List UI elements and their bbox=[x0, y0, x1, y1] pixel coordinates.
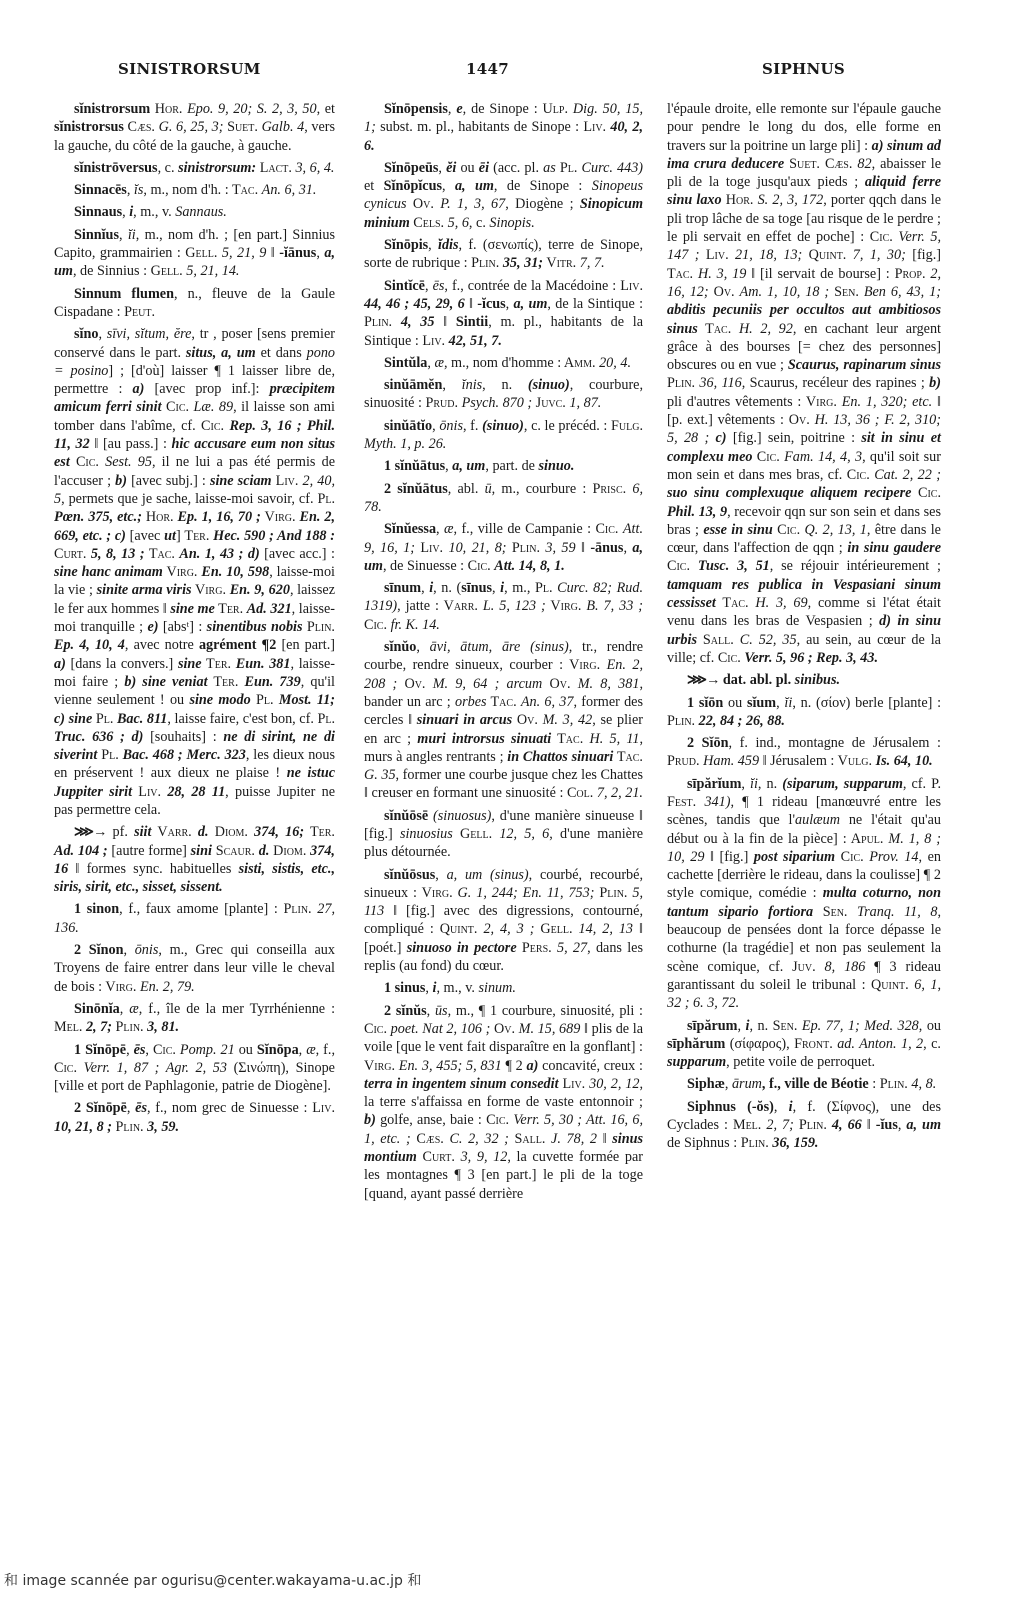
entry-text: ōnis bbox=[135, 942, 159, 958]
dictionary-entry: 2 Sĭōn, f. ind., montagne de Jérusalem :… bbox=[667, 734, 941, 771]
entry-text: Cic. bbox=[196, 418, 230, 434]
entry-text: sĭnŭōsus bbox=[384, 867, 435, 883]
entry-text: , bbox=[428, 237, 438, 253]
entry-text: H. 2, 92 bbox=[739, 321, 793, 337]
entry-text: sini bbox=[191, 843, 212, 859]
entry-text: ‖ bbox=[597, 1131, 612, 1147]
entry-text: Sinopis. bbox=[489, 215, 534, 231]
entry-text: Virg. bbox=[417, 885, 458, 901]
entry-text: ou bbox=[235, 1042, 257, 1058]
entry-text: [avec acc.] : bbox=[260, 546, 335, 562]
entry-text: de Siphnus : bbox=[667, 1135, 737, 1151]
arrow-icon: ⋙→ bbox=[687, 672, 719, 688]
entry-text: , f. ind., montagne de Jérusalem : bbox=[728, 735, 941, 751]
entry-text: (siparum, supparum bbox=[782, 776, 903, 792]
entry-text: 5, 21, 9 bbox=[222, 245, 266, 261]
entry-text: aulæum bbox=[795, 812, 840, 828]
entry-text: sinuari in arcus bbox=[417, 712, 512, 728]
dictionary-entry: 2 sĭnŭātus, abl. ū, m., courbure : Prisc… bbox=[364, 480, 643, 517]
entry-text: [avec prop inf.]: bbox=[144, 381, 269, 397]
entry-text: Cels. bbox=[410, 215, 448, 231]
entry-text: a, um bbox=[452, 458, 485, 474]
entry-text: 4, 8. bbox=[911, 1076, 936, 1092]
entry-text: Myth. 1, p. 26. bbox=[364, 436, 446, 452]
entry-text: agrément ¶2 bbox=[199, 637, 276, 653]
dictionary-entry: ⋙→ dat. abl. pl. sinibus. bbox=[667, 671, 941, 689]
dictionary-entry: Sĭnōpeūs, ĕi ou ēi (acc. pl. as Pl. Curc… bbox=[364, 159, 643, 232]
dictionary-entry: Sĭnōpensis, e, de Sinope : Ulp. Dig. 50,… bbox=[364, 100, 643, 155]
entry-text: Verr. 1, 87 ; Agr. 2, 53 bbox=[84, 1060, 227, 1076]
entry-text: M. 9, 64 ; arcum bbox=[433, 676, 543, 692]
entry-text: , m., bbox=[504, 580, 530, 596]
entry-text: a) bbox=[133, 381, 145, 397]
entry-text: Eun. 739 bbox=[245, 674, 301, 690]
entry-text: Virg. bbox=[163, 564, 202, 580]
entry-text: Tac. bbox=[698, 321, 739, 337]
entry-text: Plin. bbox=[737, 1135, 772, 1151]
entry-text: 20, 4. bbox=[599, 355, 631, 371]
dictionary-entry: sinŭāmĕn, ĭnis, n. (sinuo), courbure, si… bbox=[364, 376, 643, 413]
entry-text: sīnum bbox=[384, 580, 421, 596]
entry-text: sine me bbox=[170, 601, 215, 617]
dictionary-entry: Sinnacēs, ĭs, m., nom d'h. : Tac. An. 6,… bbox=[54, 181, 335, 199]
entry-text: Ter. bbox=[184, 528, 213, 544]
entry-text: 3, 59. bbox=[147, 1119, 179, 1135]
dictionary-entry: sīpărum, i, n. Sen. Ep. 77, 1; Med. 328,… bbox=[667, 1017, 941, 1072]
entry-text: Sintii bbox=[456, 314, 488, 330]
entry-text: Ter. bbox=[208, 674, 245, 690]
entry-text: 4, 66 bbox=[832, 1117, 862, 1133]
entry-text: ou bbox=[456, 160, 478, 176]
entry-text: Ov. bbox=[512, 712, 542, 728]
entry-text: , bbox=[435, 867, 446, 883]
entry-text: (sinuo) bbox=[528, 377, 570, 393]
entry-text: , bbox=[127, 182, 134, 198]
entry-text: , f. bbox=[463, 418, 482, 434]
entry-text: Suet. bbox=[223, 119, 261, 135]
entry-text: Ad. 321 bbox=[247, 601, 292, 617]
entry-text: B. 7, 33 ; bbox=[586, 598, 643, 614]
entry-text: Ov. bbox=[542, 676, 577, 692]
entry-text: Ter. bbox=[202, 656, 236, 672]
entry-text: dat. abl. pl. bbox=[719, 672, 794, 688]
entry-text: Hor. bbox=[150, 101, 187, 117]
entry-text: P. 1, 3, 67 bbox=[440, 196, 505, 212]
entry-text: ĭnis bbox=[462, 377, 483, 393]
entry-text: , de Sinope : bbox=[494, 178, 592, 194]
entry-text: sinuosius bbox=[400, 826, 453, 842]
entry-text: Phil. 13, 9 bbox=[667, 504, 727, 520]
entry-text: Verr. 5, 96 ; Rep. 3, 43. bbox=[744, 650, 878, 666]
entry-text: Pœn. 375, etc.; bbox=[54, 509, 142, 525]
entry-text: Pl. bbox=[251, 692, 279, 708]
entry-text: Ep. 77, 1; Med. 328 bbox=[802, 1018, 919, 1034]
entry-text: ēs bbox=[134, 1042, 146, 1058]
entry-text: Sen. bbox=[829, 284, 864, 300]
entry-text: Pl. bbox=[314, 491, 336, 507]
entry-text: sinum. bbox=[479, 980, 516, 996]
entry-text: muri introrsus sinuati bbox=[417, 731, 551, 747]
entry-text: C. 52, 35 bbox=[740, 632, 797, 648]
entry-text: sinentibus nobis bbox=[207, 619, 303, 635]
entry-text: Liv. bbox=[559, 1076, 590, 1092]
entry-text: Plin. bbox=[364, 314, 401, 330]
entry-text: [fig.] bbox=[906, 247, 941, 263]
entry-text: in sinu gaudere bbox=[847, 540, 941, 556]
entry-text: , laisse faire, c'est bon, cf. bbox=[167, 711, 313, 727]
entry-text: , avec notre bbox=[125, 637, 199, 653]
entry-text: sinibus. bbox=[795, 672, 840, 688]
entry-text: 2 sĭnŭātus bbox=[384, 481, 448, 497]
entry-text: Prud. bbox=[667, 753, 703, 769]
entry-text: pli d'autres vêtements : bbox=[667, 394, 801, 410]
entry-text: Ben 6, 43, 1; bbox=[864, 284, 941, 300]
entry-text: Quint. bbox=[866, 977, 915, 993]
entry-text: Col. bbox=[563, 785, 596, 801]
entry-text: Hor. bbox=[722, 192, 758, 208]
entry-text: āvi, ātum, āre (sinus) bbox=[430, 639, 569, 655]
entry-text: et dans bbox=[256, 345, 307, 361]
entry-text: 14, 2, 13 bbox=[579, 921, 634, 937]
entry-text: , bbox=[127, 1100, 135, 1116]
entry-text: , m., v. bbox=[436, 980, 478, 996]
entry-text: , f., faux amome [plante] : bbox=[119, 901, 278, 917]
entry-text: Am. 1, 10, 18 ; bbox=[740, 284, 830, 300]
entry-text: Pl. bbox=[314, 711, 335, 727]
entry-text: Tranq. 11, 8 bbox=[857, 904, 937, 920]
dictionary-entry: sĭnŭōsus, a, um (sinus), courbé, recourb… bbox=[364, 866, 643, 976]
entry-text: [avec bbox=[126, 528, 164, 544]
entry-text: 341) bbox=[704, 794, 730, 810]
entry-text: 22, 84 ; 26, 88. bbox=[699, 713, 785, 729]
entry-text: ārum bbox=[732, 1076, 762, 1092]
entry-text: Gell. bbox=[453, 826, 500, 842]
entry-text: Cat. 2, 22 ; bbox=[874, 467, 941, 483]
entry-text: , c. bbox=[923, 1036, 941, 1052]
entry-text: , n. bbox=[482, 377, 528, 393]
entry-text: sīphărum bbox=[667, 1036, 725, 1052]
entry-text: 3, 9, 12 bbox=[461, 1149, 508, 1165]
entry-text: [dans la convers.] bbox=[66, 656, 178, 672]
entry-text: , Scaurus, recéleur des rapines ; bbox=[742, 375, 929, 391]
entry-text: , bbox=[492, 580, 500, 596]
entry-text: Plin. bbox=[112, 1119, 147, 1135]
entry-text: Gell. bbox=[181, 245, 222, 261]
entry-text: sine bbox=[178, 656, 202, 672]
entry-text: , f., ville de Campanie : bbox=[453, 521, 591, 537]
entry-text: , de Sinnius : bbox=[73, 263, 147, 279]
entry-text: Mel. bbox=[728, 1117, 766, 1133]
entry-text: 36, 116 bbox=[699, 375, 741, 391]
entry-text: ou bbox=[723, 695, 747, 711]
entry-text: 35, 31; bbox=[503, 255, 543, 271]
entry-text: Peut. bbox=[121, 304, 155, 320]
entry-text: b) bbox=[929, 375, 941, 391]
entry-text: Diom. bbox=[269, 843, 310, 859]
entry-text: Plin. bbox=[278, 901, 317, 917]
entry-text: as bbox=[543, 160, 556, 176]
entry-text: ad. Anton. 1, 2 bbox=[837, 1036, 923, 1052]
dictionary-entry: sinŭātĭo, ōnis, f. (sinuo), c. le précéd… bbox=[364, 417, 643, 454]
entry-text: sĭnistrorsus bbox=[54, 119, 124, 135]
entry-text: 4, 35 bbox=[401, 314, 435, 330]
entry-text: Sinnum flumen bbox=[74, 286, 174, 302]
entry-text: , part. de bbox=[485, 458, 538, 474]
entry-text: En. 9, 620 bbox=[230, 582, 290, 598]
entry-text: , jatte : bbox=[397, 598, 439, 614]
entry-text: ĭi bbox=[128, 227, 136, 243]
entry-text: 3, 6, 4. bbox=[295, 160, 334, 176]
entry-text: Cic. bbox=[911, 485, 941, 501]
entry-text: siit bbox=[134, 824, 151, 840]
entry-text: Cic. bbox=[864, 229, 898, 245]
entry-text: , n. (σίον) berle [plante] : bbox=[792, 695, 941, 711]
entry-text: -ĭus bbox=[876, 1117, 898, 1133]
entry-text: Ter. bbox=[215, 601, 247, 617]
entry-text: , m., v. bbox=[133, 204, 175, 220]
entry-text: sinuo. bbox=[539, 458, 575, 474]
entry-text: sīvi, sĭtum, ĕre bbox=[107, 326, 192, 342]
entry-text: sine sciam bbox=[210, 473, 272, 489]
entry-text: poet. Nat 2, 106 ; bbox=[391, 1021, 491, 1037]
entry-text: 2 sĭnŭs bbox=[384, 1003, 427, 1019]
entry-text: 2, 7; bbox=[766, 1117, 793, 1133]
entry-text: S. 2, 3, 172 bbox=[758, 192, 824, 208]
scan-credit: 和 image scannée par ogurisu@center.wakay… bbox=[4, 1570, 421, 1590]
entry-text: Cæs. bbox=[411, 1131, 450, 1147]
entry-text: 7, 1, 30; bbox=[853, 247, 906, 263]
entry-text: , bbox=[120, 1001, 130, 1017]
entry-text: Front. bbox=[790, 1036, 838, 1052]
entry-text: Amm. bbox=[561, 355, 599, 371]
entry-text: , m., courbure : bbox=[492, 481, 587, 497]
entry-text: concavité, creux : bbox=[538, 1058, 643, 1074]
entry-text: Ov. bbox=[784, 412, 815, 428]
entry-text: æ bbox=[129, 1001, 138, 1017]
entry-text: , f., nom grec de Sinuesse : bbox=[147, 1100, 308, 1116]
entry-text: Plin. bbox=[794, 1117, 832, 1133]
entry-text: Cic. bbox=[714, 650, 744, 666]
entry-text: ĭi bbox=[750, 776, 758, 792]
entry-text: Cic. bbox=[482, 1112, 514, 1128]
entry-text: Prop. bbox=[890, 266, 931, 282]
entry-text: , permets que je sache, laisse-moi savoi… bbox=[61, 491, 313, 507]
entry-text: Liv. bbox=[579, 119, 610, 135]
entry-text: sĭum bbox=[747, 695, 776, 711]
entry-text: , bbox=[725, 1076, 732, 1092]
entry-text: Virg. bbox=[364, 1058, 399, 1074]
entry-text: , bbox=[421, 580, 429, 596]
entry-text: Pomp. 21 bbox=[180, 1042, 235, 1058]
entry-text: a) bbox=[54, 656, 66, 672]
entry-text: Sannaus. bbox=[175, 204, 227, 220]
entry-text: 374, 16; bbox=[254, 824, 304, 840]
entry-text: , bbox=[442, 178, 455, 194]
entry-text: ōnis bbox=[439, 418, 463, 434]
entry-text: Cic. bbox=[752, 449, 784, 465]
dictionary-entry: Sinōnĭa, æ, f., île de la mer Tyrrhénien… bbox=[54, 1000, 335, 1037]
entry-text: et bbox=[364, 178, 384, 194]
entry-text: , c. bbox=[469, 215, 490, 231]
entry-text: e) bbox=[148, 619, 159, 635]
entry-text: Sĭnōpis bbox=[384, 237, 428, 253]
entry-text: Læ. 89 bbox=[194, 399, 234, 415]
entry-text: , bbox=[737, 1018, 745, 1034]
entry-text: pf. bbox=[106, 824, 134, 840]
entry-text: ¶ 2 bbox=[502, 1058, 527, 1074]
entry-text: sinistrorsum: bbox=[178, 160, 256, 176]
entry-text: a, um (sinus) bbox=[447, 867, 529, 883]
entry-text: Sintŭla bbox=[384, 355, 427, 371]
entry-text: Plin. bbox=[876, 1076, 911, 1092]
entry-text: Sinōnĭa bbox=[74, 1001, 120, 1017]
entry-text: 7, 7. bbox=[580, 255, 605, 271]
entry-text: Sintĭcē bbox=[384, 278, 425, 294]
entry-text: M. 8, 381 bbox=[578, 676, 640, 692]
entry-text: 1 sinon bbox=[74, 901, 119, 917]
entry-text: sīpărum bbox=[687, 1018, 737, 1034]
entry-text: Sĭnōpa bbox=[257, 1042, 299, 1058]
entry-text: sinŭāmĕn bbox=[384, 377, 442, 393]
entry-text: , bbox=[416, 639, 429, 655]
entry-text: sīpărĭum bbox=[687, 776, 741, 792]
entry-text: Scaur. bbox=[212, 843, 259, 859]
entry-text: terra in ingentem sinum consedit bbox=[364, 1076, 559, 1092]
dictionary-entry: sīnum, i, n. (sīnus, i, m., Pl. Curc. 82… bbox=[364, 579, 643, 634]
entry-text: 28, 28 11 bbox=[167, 784, 225, 800]
entry-text: ‖ bbox=[862, 1117, 876, 1133]
dictionary-entry: 1 sinon, f., faux amome [plante] : Plin.… bbox=[54, 900, 335, 937]
entry-text: , bbox=[741, 776, 750, 792]
entry-text: Curt. bbox=[417, 1149, 461, 1165]
entry-text: G. 1, 244; En. 11, 753; bbox=[458, 885, 595, 901]
dictionary-entry: Sinnĭus, ĭi, m., nom d'h. ; [en part.] S… bbox=[54, 226, 335, 281]
entry-text: Bac. 811 bbox=[117, 711, 167, 727]
entry-text: Sall. bbox=[509, 1131, 551, 1147]
entry-text: H. 3, 69 bbox=[755, 595, 807, 611]
entry-text: An. 1, 43 ; d) bbox=[179, 546, 259, 562]
column-right: l'épaule droite, elle remonte sur l'épau… bbox=[667, 100, 941, 1157]
entry-text: Scaurus, rapinarum sinus bbox=[788, 357, 941, 373]
entry-text: , c. le précéd. : bbox=[524, 418, 608, 434]
entry-text: sinŭātĭo bbox=[384, 418, 432, 434]
entry-text: M. 3, 42 bbox=[543, 712, 593, 728]
entry-text: , c. bbox=[158, 160, 179, 176]
running-head-first-word: SINISTRORSUM bbox=[118, 60, 261, 78]
entry-text: sine modo bbox=[189, 692, 250, 708]
entry-text: , bbox=[123, 942, 134, 958]
entry-text: c) bbox=[716, 430, 727, 446]
entry-text: Sĭnōpeūs bbox=[384, 160, 438, 176]
dictionary-page: SINISTRORSUM 1447 SIPHNUS sĭnistrorsum H… bbox=[0, 0, 1024, 1600]
arrow-icon: ⋙→ bbox=[74, 824, 106, 840]
entry-text: sĭnŭo bbox=[384, 639, 416, 655]
dictionary-entry: sĭnŭōsē (sinuosus), d'une manière sinueu… bbox=[364, 807, 643, 862]
entry-text: 36, 159. bbox=[772, 1135, 818, 1151]
entry-text: ‖ bbox=[266, 245, 279, 261]
entry-text: , n. bbox=[749, 1018, 768, 1034]
entry-text: , n. ( bbox=[433, 580, 461, 596]
entry-text: d. bbox=[198, 824, 209, 840]
entry-text: Sinnaus bbox=[74, 204, 122, 220]
entry-text: Ov. bbox=[397, 676, 432, 692]
entry-text: sĭnŭōsē bbox=[384, 808, 428, 824]
entry-text: (sinuosus) bbox=[433, 808, 491, 824]
entry-text: Virg. bbox=[546, 598, 587, 614]
entry-text: Ep. 4, 10, 4 bbox=[54, 637, 125, 653]
entry-text: , f., ville de Béotie bbox=[762, 1076, 869, 1092]
entry-text: , bbox=[425, 278, 433, 294]
entry-text: Liv. bbox=[307, 1100, 335, 1116]
entry-text: 5, 27 bbox=[557, 940, 587, 956]
dictionary-entry: Sinnaus, i, m., v. Sannaus. bbox=[54, 203, 335, 221]
entry-text: golfe, anse, baie : bbox=[376, 1112, 482, 1128]
entry-text: ūs bbox=[435, 1003, 448, 1019]
entry-text: Q. 2, 13, 1 bbox=[804, 522, 866, 538]
entry-text: [autre forme] bbox=[108, 843, 191, 859]
entry-text: 10, 21, 8; bbox=[448, 540, 506, 556]
entry-text: Tac. bbox=[145, 546, 180, 562]
entry-text: M. 15, 689 bbox=[519, 1021, 581, 1037]
entry-text: En. 2, 79. bbox=[140, 979, 195, 995]
entry-text: 30, 2, 12 bbox=[589, 1076, 639, 1092]
column-middle: Sĭnōpensis, e, de Sinope : Ulp. Dig. 50,… bbox=[364, 100, 643, 1207]
entry-text: ēs bbox=[135, 1100, 147, 1116]
entry-text: An. 6, 31. bbox=[262, 182, 317, 198]
dictionary-entry: sĭnŭo, āvi, ātum, āre (sinus), tr., rend… bbox=[364, 638, 643, 803]
entry-text: 2 Sĭnon bbox=[74, 942, 123, 958]
entry-text: Tac. bbox=[551, 731, 589, 747]
entry-text: [fig.] sein, poitrine : bbox=[727, 430, 862, 446]
entry-text: supparum bbox=[667, 1054, 726, 1070]
entry-text: Quint. bbox=[802, 247, 853, 263]
entry-text: Sall. bbox=[697, 632, 740, 648]
entry-text: , bbox=[126, 1042, 134, 1058]
entry-text: situs, a, um bbox=[186, 345, 256, 361]
entry-text: ‖ [il servait de bourse] : bbox=[746, 266, 889, 282]
entry-text: (acc. pl. bbox=[489, 160, 543, 176]
entry-text: Cic. bbox=[835, 849, 869, 865]
entry-text: Virg. bbox=[102, 979, 140, 995]
entry-text: 1 sĭōn bbox=[687, 695, 723, 711]
entry-text: ‖ bbox=[576, 540, 591, 556]
entry-text: , bbox=[506, 296, 514, 312]
entry-text: subst. m. pl., habitants de Sinope : bbox=[376, 119, 579, 135]
entry-text: (σίφαρος), bbox=[725, 1036, 789, 1052]
entry-text: Virg. bbox=[261, 509, 300, 525]
entry-text: [en part.] bbox=[276, 637, 335, 653]
entry-text: Cic. bbox=[667, 558, 698, 574]
entry-text: ēs bbox=[433, 278, 445, 294]
running-head-last-word: SIPHNUS bbox=[762, 60, 845, 78]
entry-text: Ham. 459 bbox=[703, 753, 759, 769]
entry-text: æ bbox=[434, 355, 443, 371]
entry-text: Liv. bbox=[699, 247, 735, 263]
entry-text: Curc. 443) bbox=[582, 160, 644, 176]
entry-text: Sen. bbox=[813, 904, 857, 920]
entry-text: Truc. 636 ; d) bbox=[54, 729, 143, 745]
entry-text: Tac. bbox=[487, 694, 521, 710]
entry-text: Cic. bbox=[149, 1042, 180, 1058]
entry-text: Liv. bbox=[616, 278, 643, 294]
entry-text: , m., nom d'h. : bbox=[143, 182, 228, 198]
entry-text: , bbox=[427, 1003, 435, 1019]
entry-text: Cic. bbox=[54, 1060, 84, 1076]
dictionary-entry: sīpărĭum, ĭi, n. (siparum, supparum, cf.… bbox=[667, 775, 941, 1013]
entry-text: Eun. 381 bbox=[236, 656, 291, 672]
entry-text: , f., bbox=[316, 1042, 335, 1058]
entry-text: -ĭcus bbox=[477, 296, 505, 312]
